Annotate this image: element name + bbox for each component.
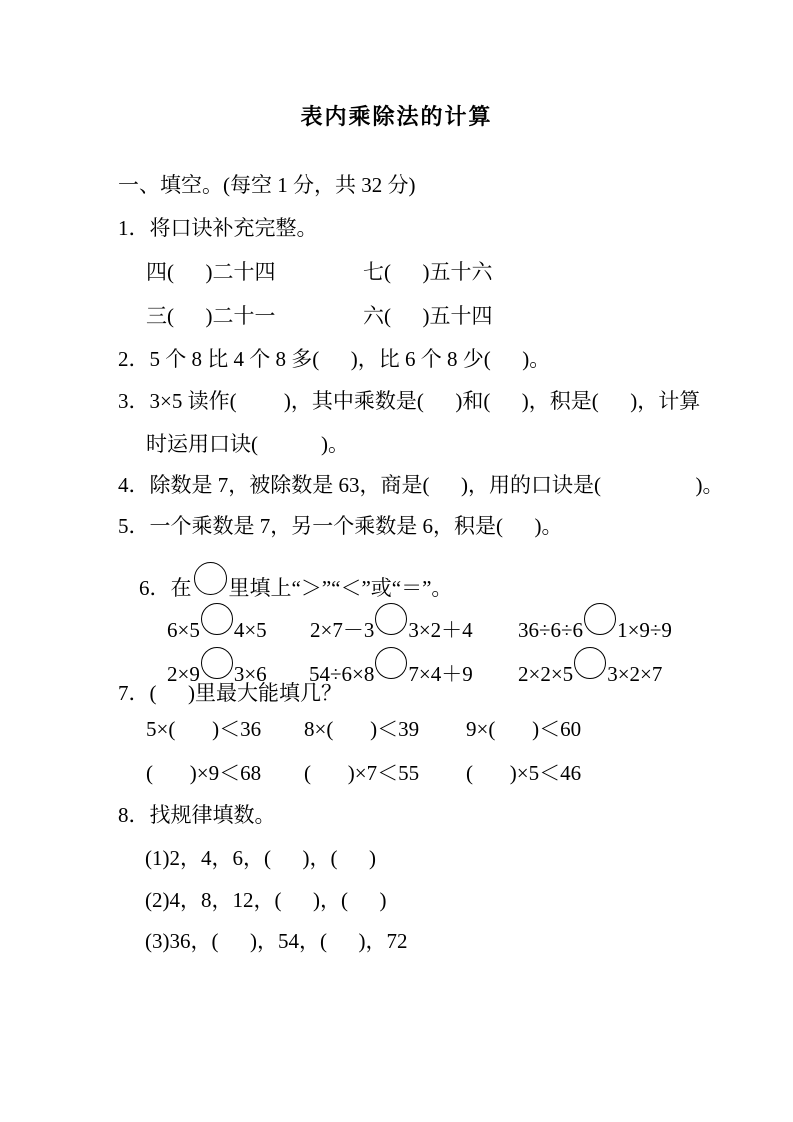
q7-row2-col1: ( )×9＜68	[146, 757, 261, 787]
blank-circle-icon	[375, 647, 407, 679]
q7-row2-col2: ( )×7＜55	[304, 757, 419, 787]
expression-left: 2×2×5	[518, 662, 573, 686]
q8-item-1: (1)2，4，6，( )，( )	[145, 842, 376, 872]
question-1: 1．将口诀补充完整。	[118, 212, 318, 242]
q8-item-3: (3)36，( )，54，( )，72	[145, 925, 407, 955]
question-5: 5．一个乘数是 7，另一个乘数是 6，积是( )。	[118, 510, 563, 540]
q8-item-2: (2)4，8，12，( )，( )	[145, 884, 386, 914]
section-heading: 一、填空。(每空 1 分，共 32 分)	[118, 169, 416, 199]
expression-right: 3×2×7	[607, 662, 662, 686]
question-8: 8．找规律填数。	[118, 799, 276, 829]
question-2: 2．5 个 8 比 4 个 8 多( )，比 6 个 8 少( )。	[118, 343, 550, 373]
expression-right: 7×4＋9	[408, 662, 472, 686]
worksheet-page: 表内乘除法的计算 一、填空。(每空 1 分，共 32 分) 1．将口诀补充完整。…	[0, 0, 793, 1122]
q1-row2-col2: 六( )五十四	[363, 300, 493, 330]
blank-circle-icon	[201, 647, 233, 679]
q1-row2-col1: 三( )二十一	[146, 300, 276, 330]
page-title: 表内乘除法的计算	[0, 100, 793, 131]
question-3-line2: 时运用口诀( )。	[146, 428, 349, 458]
question-7: 7．( )里最大能填几？	[118, 677, 342, 707]
question-3-line1: 3．3×5 读作( )，其中乘数是( )和( )，积是( )，计算	[118, 385, 700, 415]
q7-row2-col3: ( )×5＜46	[466, 757, 581, 787]
q7-row1-col2: 8×( )＜39	[304, 713, 419, 743]
question-4: 4．除数是 7，被除数是 63，商是( )，用的口诀是( )。	[118, 469, 723, 499]
blank-circle-icon	[574, 647, 606, 679]
q1-row1-col2: 七( )五十六	[363, 256, 493, 286]
compare-cell-6: 2×2×53×2×7	[497, 622, 662, 712]
q7-row1-col3: 9×( )＜60	[466, 713, 581, 743]
q7-row1-col1: 5×( )＜36	[146, 713, 261, 743]
q1-row1-col1: 四( )二十四	[146, 256, 276, 286]
